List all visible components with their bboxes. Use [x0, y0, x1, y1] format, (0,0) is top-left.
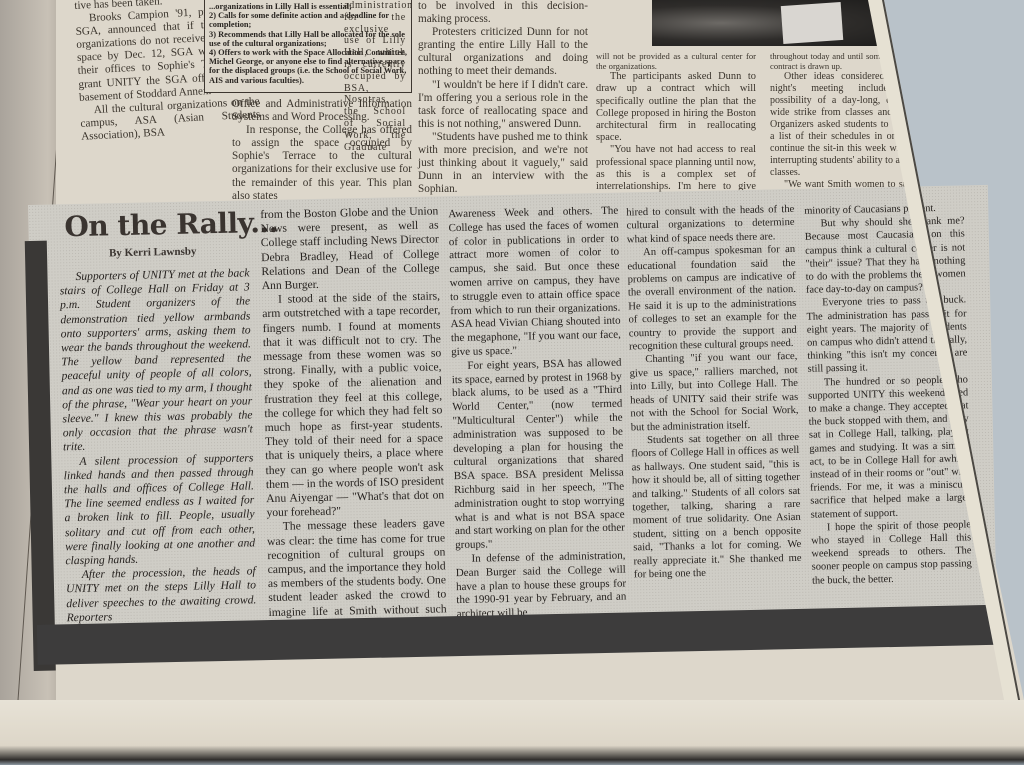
top-article-col2: Office and Administrative Information Sy…: [232, 98, 412, 203]
paragraph: In defense of the administration, Dean B…: [455, 549, 626, 622]
paragraph: A silent procession of supporters linked…: [63, 451, 255, 569]
paragraph: Supporters of UNITY met at the back stai…: [59, 266, 253, 455]
paragraph: In response, the College has offered to …: [232, 124, 412, 203]
paragraph: "Students have pushed me to think with m…: [418, 131, 588, 196]
paragraph: from the Boston Globe and the Union News…: [260, 204, 440, 293]
paragraph: For eight years, BSA has allowed its spa…: [451, 356, 625, 553]
paragraph: Students sat together on all three floor…: [631, 431, 802, 582]
paragraph: The participants asked Dunn to draw up a…: [596, 71, 756, 144]
rally-col2: from the Boston Globe and the Union News…: [260, 204, 447, 648]
article-byline: By Kerri Lawnsby: [109, 245, 197, 259]
article-headline: On the Rally...: [64, 206, 278, 243]
rally-col3: Awareness Week and others. The College h…: [448, 205, 627, 622]
rally-col4: hired to consult with the heads of the c…: [626, 203, 802, 582]
page-bottom-edge: [0, 700, 1024, 765]
paragraph: Protesters criticized Dunn for not grant…: [418, 26, 588, 78]
paragraph: Chanting "if you want our face, give us …: [629, 350, 799, 434]
paragraph: After the procession, the heads of UNITY…: [66, 565, 257, 626]
paragraph: Awareness Week and others. The College h…: [448, 205, 621, 360]
paragraph: to be involved in this decision-making p…: [418, 0, 588, 26]
top-article-col3: to be involved in this decision-making p…: [418, 0, 588, 223]
rally-col1: Supporters of UNITY met at the back stai…: [59, 266, 256, 625]
paragraph: throughout today and until some form of …: [770, 52, 920, 71]
paragraph: I hope the spirit of those people who st…: [811, 518, 972, 587]
paragraph: I stood at the side of the stairs, arm o…: [262, 290, 445, 521]
rally-article: On the Rally... By Kerri Lawnsby Support…: [28, 185, 997, 665]
news-photo: [652, 0, 882, 46]
paragraph: "I wouldn't be here if I didn't care. I'…: [418, 79, 588, 131]
paragraph: will not be provided as a cultural cente…: [596, 52, 756, 71]
paragraph: Office and Administrative Information Sy…: [232, 98, 412, 124]
paragraph: But why should she thank me? Because mos…: [804, 215, 966, 298]
paragraph: An off-campus spokesman for an education…: [627, 243, 797, 354]
paragraph: hired to consult with the heads of the c…: [626, 203, 795, 247]
photo-paper-detail: [781, 2, 844, 44]
